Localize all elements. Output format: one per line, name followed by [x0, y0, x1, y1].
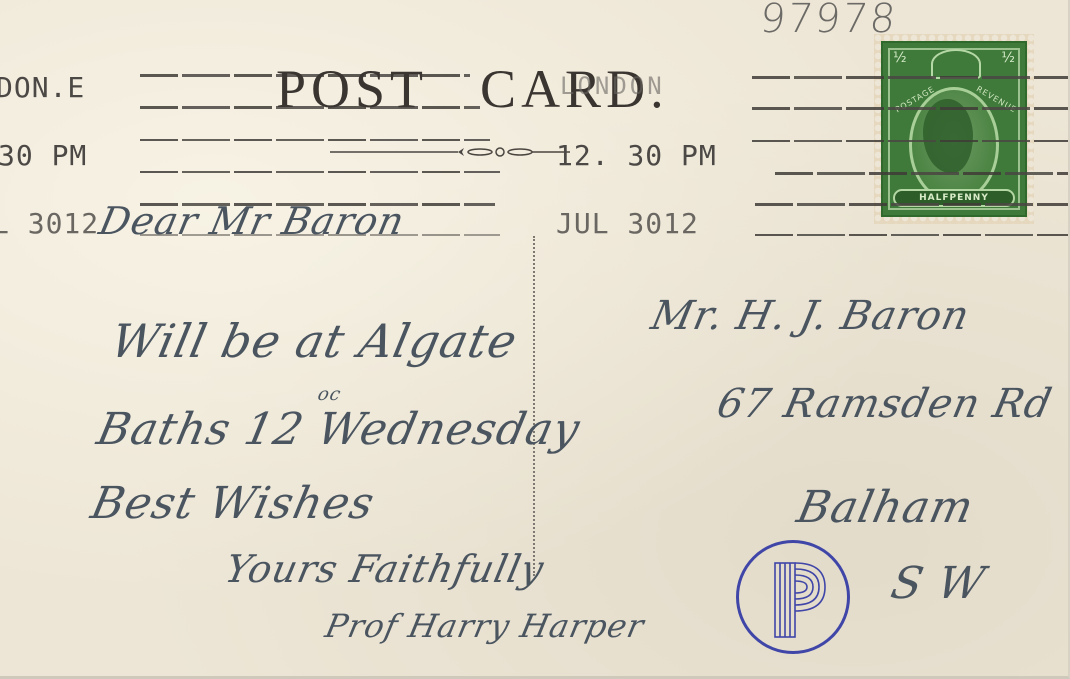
- address-street: 67 Ramsden Rd: [714, 384, 1056, 424]
- stamp-value-left: ½: [893, 51, 907, 65]
- message-salutation: Dear Mr Baron: [96, 202, 408, 240]
- p-letter-icon: [739, 543, 847, 651]
- message-signature: Prof Harry Harper: [323, 610, 648, 642]
- message-line-3: Best Wishes: [87, 482, 378, 526]
- flourish-ornament: [330, 140, 570, 164]
- postmark-left-time: 30 PM: [0, 142, 87, 170]
- postmark-left-town: DON.E: [0, 74, 85, 102]
- address-name: Mr. H. J. Baron: [648, 296, 974, 336]
- message-line-2-superscript: oc: [316, 386, 343, 404]
- address-town: Balham: [793, 486, 977, 530]
- postmark-center-time: 12. 30 PM: [556, 142, 717, 170]
- message-line-2: Baths 12 Wednesday: [93, 408, 584, 452]
- message-closing: Yours Faithfully: [222, 550, 548, 588]
- postcard-back: POSTCARD. LONDON DON.E 30 PM L 3012 12. …: [0, 0, 1070, 679]
- postage-stamp: ½ ½ POSTAGE REVENUE HALFPENNY: [874, 34, 1034, 224]
- heading-post: POST: [276, 59, 428, 119]
- crown-icon: [931, 49, 981, 79]
- postmark-center-town: LONDON: [560, 74, 665, 98]
- address-district: S W: [887, 562, 989, 606]
- p-circle-mark: [736, 540, 850, 654]
- postmark-center-date: JUL 3012: [556, 210, 699, 238]
- stamp-value-right: ½: [1001, 51, 1015, 65]
- message-line-1: Will be at Algate: [107, 318, 521, 364]
- stamp-face: ½ ½ POSTAGE REVENUE HALFPENNY: [881, 41, 1027, 217]
- postmark-left-date: L 3012: [0, 210, 99, 238]
